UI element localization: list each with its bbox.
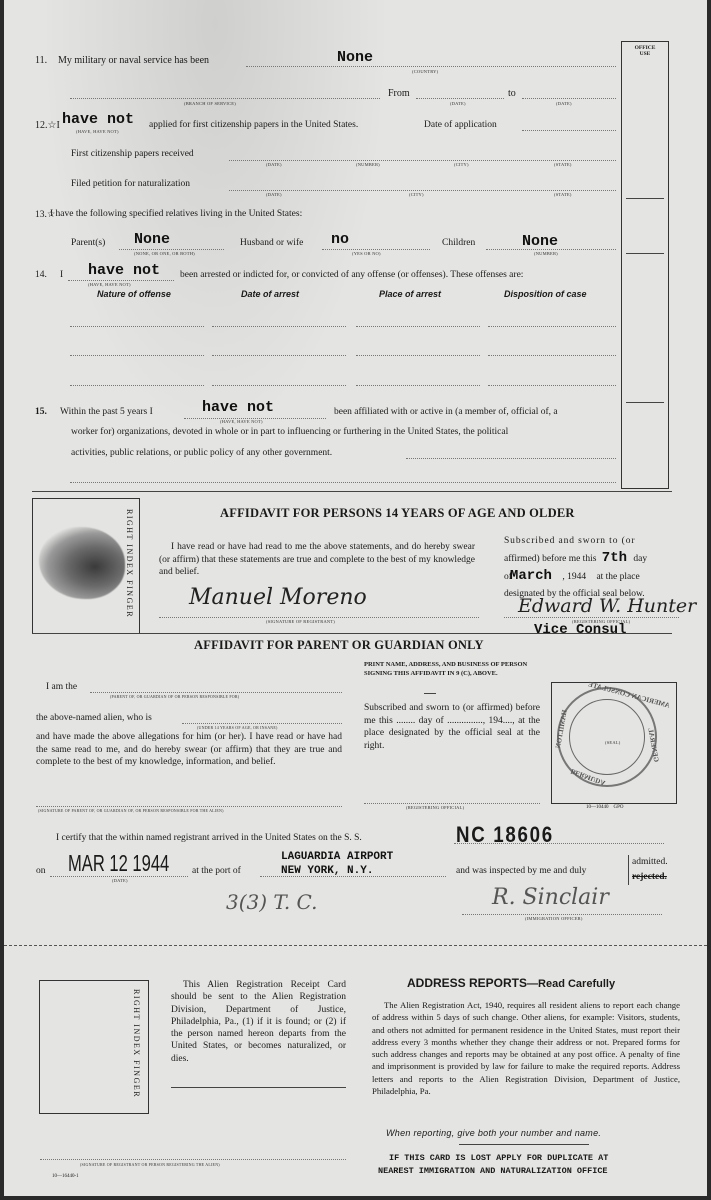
q14-value-caption: (Have, have not) <box>88 282 131 287</box>
q15-continuation-line[interactable] <box>406 458 616 459</box>
office-use-label-2: USE <box>622 51 668 57</box>
offense-cell[interactable] <box>356 326 480 327</box>
guardian-i-am-the: I am the <box>46 682 77 692</box>
affidavit-adult-statement: I have read or have had read to me the a… <box>159 541 475 579</box>
offense-cell[interactable] <box>70 355 204 356</box>
admission-status: admitted. rejected. <box>628 855 668 885</box>
q13-parents-value: None <box>134 231 170 248</box>
q15-line1: been affiliated with or active in (a mem… <box>334 407 558 417</box>
guardian-age-line[interactable] <box>182 723 342 724</box>
q11-from-caption: (Date) <box>450 101 466 106</box>
receipt-signature-line[interactable] <box>40 1159 346 1160</box>
address-rule <box>459 1144 589 1145</box>
alien-registration-form: OFFICE USE 11. My military or naval serv… <box>4 0 707 1196</box>
fingerprint-image <box>39 527 125 599</box>
q12-caption-state: (State) <box>554 162 572 167</box>
address-reports-title-bold: ADDRESS REPORTS <box>407 976 527 990</box>
q12-value-caption: (Have, have not) <box>76 129 119 134</box>
receipt-instructions: This Alien Registration Receipt Card sho… <box>171 979 346 1065</box>
guardian-alien-who-is: the above-named alien, who is <box>36 713 152 723</box>
q15-continuation-line-2[interactable] <box>70 482 616 483</box>
q14-value-line[interactable] <box>68 280 174 281</box>
fingerprint-box-receipt: RIGHT INDEX FINGER <box>39 980 149 1114</box>
q14-value: have not <box>88 262 160 279</box>
q13-spouse-label: Husband or wife <box>240 238 303 248</box>
office-use-column: OFFICE USE <box>621 41 669 489</box>
q13-parents-line[interactable] <box>119 249 224 250</box>
q12-first-papers-line[interactable] <box>229 160 616 161</box>
guardian-signature-caption: (Signature of parent of, or guardian of,… <box>38 808 224 813</box>
guardian-statement: and have made the above allegations for … <box>36 731 342 769</box>
guardian-official-caption: (Registering official) <box>406 805 464 810</box>
q12-first-papers-label: First citizenship papers received <box>71 149 194 159</box>
q13-parents-label: Parent(s) <box>71 238 105 248</box>
arrival-on-label: on <box>36 866 46 876</box>
guardian-signature-line[interactable] <box>36 806 342 807</box>
consulate-seal-inner <box>569 699 645 775</box>
official-title: Vice Consul <box>534 622 626 638</box>
guardian-form-number: 10—10440 GPO <box>586 805 624 810</box>
q15-number: 15. <box>35 407 47 417</box>
handwritten-classification: 3(3) T. C. <box>226 890 317 914</box>
section-divider <box>32 491 672 492</box>
q13-children-value: None <box>522 233 558 250</box>
q11-from-label: From <box>388 88 410 99</box>
print-name-heading: PRINT NAME, ADDRESS, AND BUSINESS OF PER… <box>364 660 540 678</box>
arrival-date-caption: (Date) <box>112 878 128 883</box>
receipt-form-number: 10—16440-1 <box>52 1174 79 1179</box>
admitted-option[interactable]: admitted. <box>632 855 668 870</box>
arrival-certify-text: I certify that the within named registra… <box>56 833 362 843</box>
q13-children-label: Children <box>442 238 475 248</box>
q15-prefix: Within the past 5 years I <box>60 407 153 417</box>
q14-prefix: I <box>60 270 63 280</box>
offense-cell[interactable] <box>212 355 346 356</box>
q12-date-app-label: Date of application <box>424 120 497 130</box>
q12-petition-caption-state: (State) <box>554 192 572 197</box>
affidavit-adult-title: AFFIDAVIT FOR PERSONS 14 YEARS OF AGE AN… <box>220 506 575 521</box>
q11-to-line[interactable] <box>522 98 616 99</box>
q14-col-nature: Nature of offense <box>97 289 171 299</box>
q11-branch-line[interactable] <box>70 98 380 99</box>
address-reports-body: The Alien Registration Act, 1940, requir… <box>372 999 680 1097</box>
officer-caption: (Immigration officer) <box>525 916 583 921</box>
q11-country-value: None <box>337 49 373 66</box>
section-divider <box>32 633 672 634</box>
lost-card-line-1: IF THIS CARD IS LOST APPLY FOR DUPLICATE… <box>389 1153 608 1163</box>
guardian-relation-caption: (Parent of, or guardian of or person res… <box>110 694 239 699</box>
offense-cell[interactable] <box>488 385 616 386</box>
fingerprint-box-adult: RIGHT INDEX FINGER <box>32 498 140 634</box>
official-signature: Edward W. Hunter <box>518 595 696 617</box>
address-reports-title: ADDRESS REPORTS—Read Carefully <box>407 976 615 990</box>
q14-col-disposition: Disposition of case <box>504 289 587 299</box>
when-reporting-note: When reporting, give both your number an… <box>386 1128 601 1138</box>
short-rule <box>424 693 436 694</box>
registrant-signature-line[interactable] <box>159 617 479 618</box>
officer-signature: R. Sinclair <box>492 885 609 910</box>
q13-children-caption: (Number) <box>534 251 558 256</box>
official-seal-box: AMERICAN CONSULATE GENERAL BERMUDA HAMIL… <box>551 682 677 804</box>
q11-to-caption: (Date) <box>556 101 572 106</box>
q12-caption-number: (Number) <box>356 162 380 167</box>
officer-signature-line[interactable] <box>462 914 662 915</box>
address-reports-title-rest: —Read Carefully <box>527 978 615 990</box>
offense-cell[interactable] <box>212 385 346 386</box>
receipt-signature-caption: (Signature of registrant or person regis… <box>80 1162 220 1167</box>
offense-cell[interactable] <box>356 385 480 386</box>
offense-cell[interactable] <box>356 355 480 356</box>
q13-text: I have the following specified relatives… <box>50 209 302 219</box>
sworn-day-label: day <box>633 554 647 564</box>
sworn-day-value: 7th <box>602 550 627 566</box>
affidavit-guardian-title: AFFIDAVIT FOR PARENT OR GUARDIAN ONLY <box>194 638 484 653</box>
q15-line2: worker for) organizations, devoted in wh… <box>71 427 508 437</box>
q11-label: My military or naval service has been <box>58 55 209 66</box>
affidavit-adult-sworn: Subscribed and sworn to (or affirmed) be… <box>504 533 679 603</box>
sworn-year: , 1944 <box>562 572 586 582</box>
arrival-port-label: at the port of <box>192 866 241 876</box>
q14-text: been arrested or indicted for, or convic… <box>180 270 523 280</box>
q13-spouse-caption: (Yes or no) <box>352 251 381 256</box>
q11-country-caption: (Country) <box>412 69 438 74</box>
offense-cell[interactable] <box>70 385 204 386</box>
guardian-sworn-text: Subscribed and sworn to (or affirmed) be… <box>364 702 540 752</box>
q15-value: have not <box>202 399 274 416</box>
registrant-signature-caption: (Signature of registrant) <box>266 619 335 624</box>
q12-caption-date: (Date) <box>266 162 282 167</box>
q11-branch-caption: (Branch of service) <box>184 101 236 106</box>
sworn-month-value: March <box>510 568 552 584</box>
official-signature-line[interactable] <box>504 617 679 618</box>
port-line-2: NEW YORK, N.Y. <box>281 865 373 877</box>
q13-spouse-value: no <box>331 231 349 248</box>
offense-cell[interactable] <box>70 326 204 327</box>
offense-cell[interactable] <box>488 326 616 327</box>
fingerprint-label: RIGHT INDEX FINGER <box>125 509 134 618</box>
vessel-value: NC 18606 <box>456 822 554 848</box>
guardian-official-line[interactable] <box>364 803 540 804</box>
rejected-option[interactable]: rejected. <box>632 870 668 885</box>
offense-cell[interactable] <box>212 326 346 327</box>
q12-value: have not <box>62 111 134 128</box>
offense-cell[interactable] <box>488 355 616 356</box>
port-line-1: LAGUARDIA AIRPORT <box>281 851 393 863</box>
q14-col-date: Date of arrest <box>241 289 299 299</box>
registrant-signature: Manuel Moreno <box>189 585 367 610</box>
q12-date-app-line[interactable] <box>522 130 616 131</box>
q13-parents-caption: (None, or one, or both) <box>134 251 195 256</box>
sworn-line-2: affirmed) before me this <box>504 554 596 564</box>
lost-card-line-2: NEAREST IMMIGRATION AND NATURALIZATION O… <box>378 1166 608 1176</box>
guardian-age-caption: (Under 14 years of age, or insane) <box>197 725 278 730</box>
q11-number: 11. <box>35 55 47 66</box>
sworn-place-label: at the place <box>596 572 639 582</box>
q14-col-place: Place of arrest <box>379 289 441 299</box>
receipt-fingerprint-label: RIGHT INDEX FINGER <box>132 989 141 1098</box>
q14-number: 14. <box>35 270 47 280</box>
arrival-date-value: MAR 12 1944 <box>68 850 169 877</box>
q12-text: applied for first citizenship papers in … <box>149 120 358 130</box>
arrival-inspected-text: and was inspected by me and duly <box>456 866 586 876</box>
q12-petition-line[interactable] <box>229 190 616 191</box>
q11-from-line[interactable] <box>416 98 504 99</box>
q11-country-line[interactable] <box>246 66 616 67</box>
q12-petition-caption-city: (City) <box>409 192 424 197</box>
seal-caption: (Seal) <box>605 740 620 745</box>
receipt-rule <box>171 1087 346 1088</box>
q15-value-caption: (Have, have not) <box>220 419 263 424</box>
perforation-line <box>4 945 707 946</box>
q11-to-label: to <box>508 88 516 99</box>
q12-petition-caption-date: (Date) <box>266 192 282 197</box>
q15-line3: activities, public relations, or public … <box>71 448 332 458</box>
q12-caption-city: (City) <box>454 162 469 167</box>
q13-spouse-line[interactable] <box>322 249 430 250</box>
guardian-relation-line[interactable] <box>90 692 342 693</box>
q12-number: 12.☆I <box>35 120 60 131</box>
q12-petition-label: Filed petition for naturalization <box>71 179 190 189</box>
sworn-line-1: Subscribed and sworn to (or <box>504 533 679 550</box>
